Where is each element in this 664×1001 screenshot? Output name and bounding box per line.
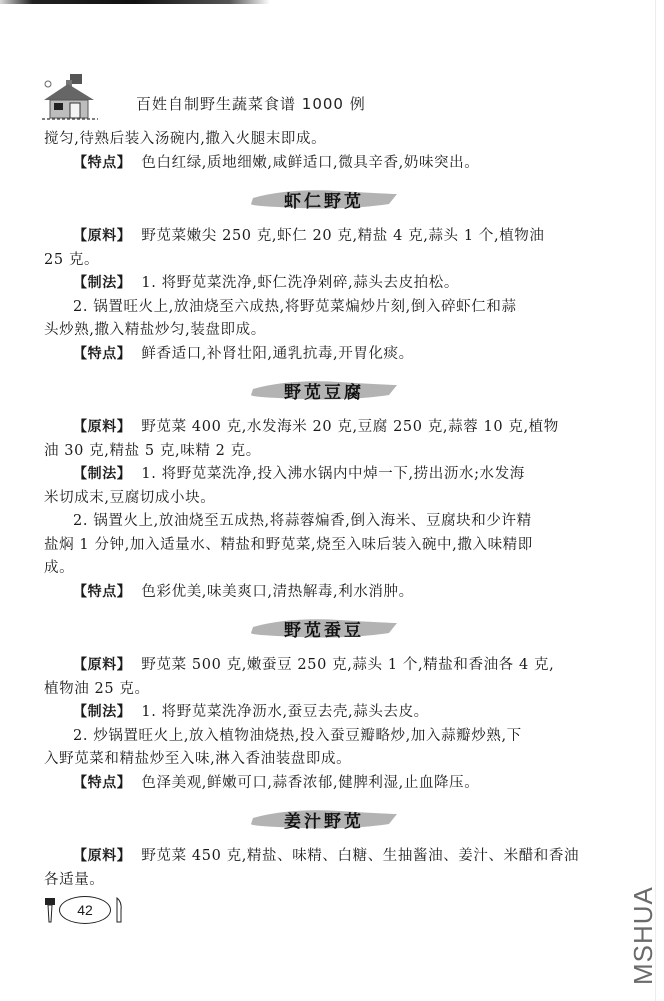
method-step-2-cont: 入野苋菜和精盐炒至入味,淋入香油装盘即成。 <box>44 748 604 772</box>
continuation-features: 【特点】色白红绿,质地细嫩,咸鲜适口,微具辛香,奶味突出。 <box>44 152 604 176</box>
ingredients-line: 【原料】野苋菜 450 克,精盐、味精、白糖、生抽酱油、姜汁、米醋和香油 <box>44 845 604 869</box>
recipe-title: 野苋豆腐 <box>284 378 364 403</box>
house-icon <box>42 72 92 120</box>
method-step-2-cont: 盐焖 1 分钟,加入适量水、精盐和野苋菜,烧至入味后装入碗中,撒入味精即 <box>44 534 604 558</box>
ingredients-line-cont: 植物油 25 克。 <box>44 678 604 702</box>
page-number: 42 <box>59 896 111 924</box>
features-line: 【特点】鲜香适口,补肾壮阳,通乳抗毒,开胃化痰。 <box>44 343 604 367</box>
ingredients-line-cont: 各适量。 <box>44 869 604 893</box>
recipe-title: 虾仁野苋 <box>284 187 364 212</box>
page-edge-line <box>655 0 656 1001</box>
method-step-2-cont: 头炒熟,撒入精盐炒匀,装盘即成。 <box>44 319 604 343</box>
recipe-heading: 野苋豆腐 <box>44 370 604 410</box>
method-step-2-cont: 成。 <box>44 557 604 581</box>
recipe-heading: 姜汁野苋 <box>44 799 604 839</box>
watermark: MSHUA <box>628 886 659 985</box>
recipe-title: 野苋蚕豆 <box>284 616 364 641</box>
method-step-1: 【制法】1. 将野苋菜洗净,虾仁洗净剁碎,蒜头去皮拍松。 <box>44 272 604 296</box>
method-step-1: 【制法】1. 将野苋菜洗净,投入沸水锅内中焯一下,捞出沥水;水发海 <box>44 463 604 487</box>
page-body: 搅匀,待熟后装入汤碗内,撒入火腿末即成。 【特点】色白红绿,质地细嫩,咸鲜适口,… <box>44 128 604 892</box>
running-title: 百姓自制野生蔬菜食谱 1000 例 <box>136 93 366 114</box>
ingredients-line: 【原料】野苋菜 500 克,嫩蚕豆 250 克,蒜头 1 个,精盐和香油各 4 … <box>44 654 604 678</box>
method-step-2: 2. 锅置火上,放油烧至五成热,将蒜蓉煸香,倒入海米、豆腐块和少许精 <box>44 510 604 534</box>
page-header: 百姓自制野生蔬菜食谱 1000 例 <box>42 70 366 120</box>
scan-edge-shadow <box>0 0 270 4</box>
recipe-title: 姜汁野苋 <box>284 807 364 832</box>
method-step-2: 2. 锅置旺火上,放油烧至六成热,将野苋菜煸炒片刻,倒入碎虾仁和蒜 <box>44 296 604 320</box>
ingredients-line: 【原料】野苋菜 400 克,水发海米 20 克,豆腐 250 克,蒜蓉 10 克… <box>44 416 604 440</box>
continuation-text: 搅匀,待熟后装入汤碗内,撒入火腿末即成。 <box>44 128 604 152</box>
ingredients-line: 【原料】野苋菜嫩尖 250 克,虾仁 20 克,精盐 4 克,蒜头 1 个,植物… <box>44 225 604 249</box>
ingredients-line-cont: 25 克。 <box>44 249 604 273</box>
features-label: 【特点】 <box>73 155 131 171</box>
recipe-heading: 虾仁野苋 <box>44 179 604 219</box>
page-footer: 42 <box>44 896 124 924</box>
method-step-2: 2. 炒锅置旺火上,放入植物油烧热,投入蚕豆瓣略炒,加入蒜瓣炒熟,下 <box>44 725 604 749</box>
ingredients-line-cont: 油 30 克,精盐 5 克,味精 2 克。 <box>44 440 604 464</box>
method-step-1: 【制法】1. 将野苋菜洗净沥水,蚕豆去壳,蒜头去皮。 <box>44 701 604 725</box>
recipe-heading: 野苋蚕豆 <box>44 608 604 648</box>
knife-icon <box>114 896 124 924</box>
features-line: 【特点】色泽美观,鲜嫩可口,蒜香浓郁,健脾利湿,止血降压。 <box>44 772 604 796</box>
features-line: 【特点】色彩优美,味美爽口,清热解毒,利水消肿。 <box>44 581 604 605</box>
fork-icon <box>44 896 56 924</box>
method-step-1-cont: 米切成末,豆腐切成小块。 <box>44 487 604 511</box>
